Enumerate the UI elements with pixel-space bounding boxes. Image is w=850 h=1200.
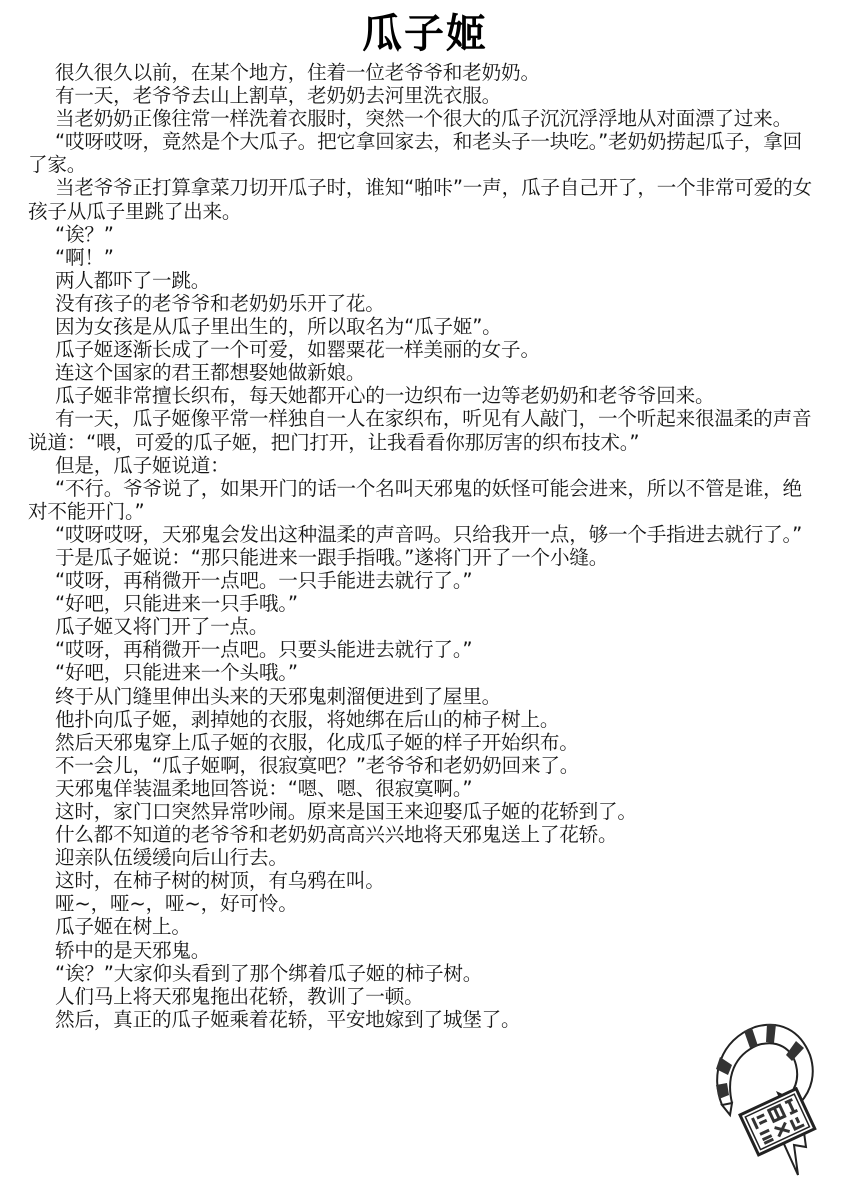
paragraph: 这时，家门口突然异常吵闹。原来是国王来迎娶瓜子姬的花轿到了。	[28, 800, 818, 823]
paragraph: “好吧，只能进来一个头哦。”	[28, 661, 818, 684]
paragraph: 不一会儿，“瓜子姬啊，很寂寞吧？”老爷爷和老奶奶回来了。	[28, 754, 818, 777]
story-body: 很久很久以前，在某个地方，住着一位老爷爷和老奶奶。 有一天，老爷爷去山上割草，老…	[28, 61, 818, 1031]
paragraph: 当老奶奶正像往常一样洗着衣服时，突然一个很大的瓜子沉沉浮浮地从对面漂了过来。	[28, 107, 818, 130]
paragraph: “哎呀，再稍微开一点吧。只要头能进去就行了。”	[28, 638, 818, 661]
paragraph: 迎亲队伍缓缓向后山行去。	[28, 846, 818, 869]
paragraph: 没有孩子的老爷爷和老奶奶乐开了花。	[28, 292, 818, 315]
document-page: 瓜子姬 很久很久以前，在某个地方，住着一位老爷爷和老奶奶。 有一天，老爷爷去山上…	[0, 0, 850, 1200]
paragraph: 有一天，老爷爷去山上割草，老奶奶去河里洗衣服。	[28, 84, 818, 107]
paragraph: 于是瓜子姬说：“那只能进来一跟手指哦。”遂将门开了一个小缝。	[28, 546, 818, 569]
paragraph: 但是，瓜子姬说道：	[28, 454, 818, 477]
paragraph: “诶？”大家仰头看到了那个绑着瓜子姬的柿子树。	[28, 962, 818, 985]
paragraph: 然后天邪鬼穿上瓜子姬的衣服，化成瓜子姬的样子开始织布。	[28, 731, 818, 754]
paragraph: 瓜子姬非常擅长织布，每天她都开心的一边织布一边等老奶奶和老爷爷回来。	[28, 384, 818, 407]
scanlation-group-logo-icon	[700, 1015, 830, 1185]
paragraph: 什么都不知道的老爷爷和老奶奶高高兴兴地将天邪鬼送上了花轿。	[28, 823, 818, 846]
paragraph: 瓜子姬逐渐长成了一个可爱，如罂粟花一样美丽的女子。	[28, 338, 818, 361]
paragraph: 终于从门缝里伸出头来的天邪鬼刺溜便进到了屋里。	[28, 685, 818, 708]
paragraph: 轿中的是天邪鬼。	[28, 939, 818, 962]
paragraph: 人们马上将天邪鬼拖出花轿，教训了一顿。	[28, 985, 818, 1008]
paragraph: 瓜子姬在树上。	[28, 915, 818, 938]
paragraph: 有一天，瓜子姬像平常一样独自一人在家织布，听见有人敲门，一个听起来很温柔的声音说…	[28, 407, 818, 453]
paragraph: 哑~，哑~，哑~，好可怜。	[28, 892, 818, 915]
paragraph: 瓜子姬又将门开了一点。	[28, 615, 818, 638]
paragraph: “哎呀哎呀，竟然是个大瓜子。把它拿回家去，和老头子一块吃。”老奶奶捞起瓜子，拿回…	[28, 130, 818, 176]
paragraph: “哎呀哎呀，天邪鬼会发出这种温柔的声音吗。只给我开一点，够一个手指进去就行了。”	[28, 523, 818, 546]
paragraph: “哎呀，再稍微开一点吧。一只手能进去就行了。”	[28, 569, 818, 592]
paragraph: 因为女孩是从瓜子里出生的，所以取名为“瓜子姬”。	[28, 315, 818, 338]
paragraph: “啊！”	[28, 246, 818, 269]
paragraph: 当老爷爷正打算拿菜刀切开瓜子时，谁知“啪咔”一声，瓜子自己开了，一个非常可爱的女…	[28, 176, 818, 222]
paragraph: 两人都吓了一跳。	[28, 269, 818, 292]
paragraph: “好吧，只能进来一只手哦。”	[28, 592, 818, 615]
paragraph: 很久很久以前，在某个地方，住着一位老爷爷和老奶奶。	[28, 61, 818, 84]
page-title: 瓜子姬	[0, 8, 850, 60]
paragraph: 这时，在柿子树的树顶，有乌鸦在叫。	[28, 869, 818, 892]
paragraph: 他扑向瓜子姬，剥掉她的衣服，将她绑在后山的柿子树上。	[28, 708, 818, 731]
paragraph: “不行。爷爷说了，如果开门的话一个名叫天邪鬼的妖怪可能会进来，所以不管是谁，绝对…	[28, 477, 818, 523]
paragraph: “诶？”	[28, 223, 818, 246]
paragraph: 连这个国家的君王都想娶她做新娘。	[28, 361, 818, 384]
paragraph: 天邪鬼佯装温柔地回答说：“嗯、嗯、很寂寞啊。”	[28, 777, 818, 800]
